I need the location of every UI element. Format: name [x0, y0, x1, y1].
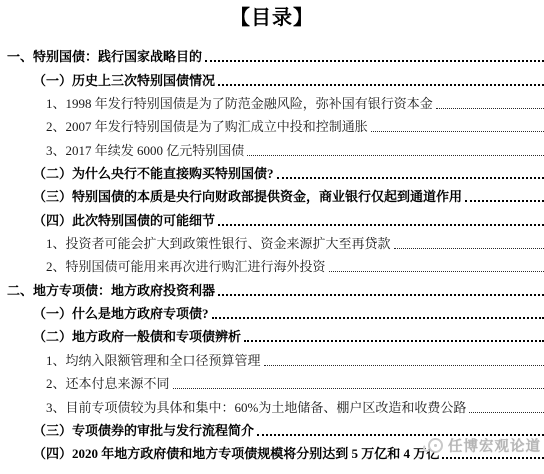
toc-entry-text: 1、均纳入限额管理和全口径预算管理: [46, 352, 261, 369]
toc-entry[interactable]: 3、目前专项债较为具体和集中：60%为土地储备、棚户区改造和收费公路: [0, 395, 544, 418]
toc-entry[interactable]: 一、特别国债：践行国家战略目的: [0, 45, 544, 68]
toc-entry-text: 3、2017 年续发 6000 亿元特别国债: [46, 142, 244, 159]
toc-entry[interactable]: （一）什么是地方政府专项债?: [0, 302, 544, 325]
toc-entry-text: （一）历史上三次特别国债情况: [33, 72, 215, 89]
toc-entry[interactable]: （二）为什么央行不能直接购买特别国债?: [0, 162, 544, 185]
toc-entry-text: （一）什么是地方政府专项债?: [33, 305, 209, 322]
toc-entry[interactable]: 2、还本付息来源不同: [0, 372, 544, 395]
toc-leader-dots: [442, 457, 544, 459]
toc-entry-text: 1、1998 年发行特别国债是为了防范金融风险，弥补国有银行资本金: [46, 95, 433, 112]
toc-leader-dots: [218, 84, 544, 86]
toc-entry-text: 2、特别国债可能用来再次进行购汇进行海外投资: [46, 258, 326, 275]
toc-entry[interactable]: （三）专项债券的审批与发行流程简介: [0, 419, 544, 442]
toc-entry[interactable]: （四）此次特别国债的可能细节: [0, 208, 544, 231]
toc-entry-text: 二、地方专项债：地方政府投资利器: [7, 282, 215, 299]
toc-entry[interactable]: 1、投资者可能会扩大到政策性银行、资金来源扩大至再贷款: [0, 232, 544, 255]
toc-entry-text: 3、目前专项债较为具体和集中：60%为土地储备、棚户区改造和收费公路: [46, 399, 466, 416]
toc-entry-text: 2、2007 年发行特别国债是为了购汇成立中投和控制通胀: [46, 118, 368, 135]
toc-leader-dots: [371, 131, 544, 132]
toc-leader-dots: [264, 365, 544, 366]
document-page: 【目录】 一、特别国债：践行国家战略目的（一）历史上三次特别国债情况1、1998…: [0, 0, 544, 474]
toc-leader-dots: [277, 177, 544, 179]
toc-entry-text: 1、投资者可能会扩大到政策性银行、资金来源扩大至再贷款: [46, 235, 391, 252]
toc-entry-text: （二）地方政府一般债和专项债辨析: [33, 328, 241, 345]
toc-entry[interactable]: 1、均纳入限额管理和全口径预算管理: [0, 348, 544, 371]
toc-leader-dots: [173, 388, 544, 389]
toc-entry[interactable]: （三）特别国债的本质是央行向财政部提供资金，商业银行仅起到通道作用: [0, 185, 544, 208]
toc-leader-dots: [218, 294, 544, 296]
toc-entry[interactable]: （一）历史上三次特别国债情况: [0, 68, 544, 91]
toc-entry[interactable]: 二、地方专项债：地方政府投资利器: [0, 278, 544, 301]
toc-leader-dots: [205, 60, 544, 62]
toc-entry[interactable]: 1、1998 年发行特别国债是为了防范金融风险，弥补国有银行资本金: [0, 92, 544, 115]
toc-entry[interactable]: 2、特别国债可能用来再次进行购汇进行海外投资: [0, 255, 544, 278]
toc-leader-dots: [247, 155, 544, 156]
toc-leader-dots: [465, 200, 544, 202]
toc-entry-text: （四）此次特别国债的可能细节: [33, 212, 215, 229]
toc-list: 一、特别国债：践行国家战略目的（一）历史上三次特别国债情况1、1998 年发行特…: [0, 45, 544, 465]
page-title: 【目录】: [0, 0, 544, 45]
toc-entry[interactable]: 3、2017 年续发 6000 亿元特别国债: [0, 138, 544, 161]
toc-leader-dots: [218, 224, 544, 226]
toc-entry[interactable]: 2、2007 年发行特别国债是为了购汇成立中投和控制通胀: [0, 115, 544, 138]
toc-entry[interactable]: （四）2020 年地方政府债和地方专项债规模将分别达到 5 万亿和 4 万亿: [0, 442, 544, 465]
toc-leader-dots: [469, 412, 544, 413]
toc-entry-text: （二）为什么央行不能直接购买特别国债?: [33, 165, 274, 182]
toc-leader-dots: [257, 434, 544, 436]
toc-entry-text: （三）专项债券的审批与发行流程简介: [33, 422, 254, 439]
toc-leader-dots: [394, 248, 544, 249]
toc-leader-dots: [212, 317, 544, 319]
toc-entry-text: （三）特别国债的本质是央行向财政部提供资金，商业银行仅起到通道作用: [33, 188, 462, 205]
toc-leader-dots: [329, 271, 544, 272]
toc-entry-text: 一、特别国债：践行国家战略目的: [7, 48, 202, 65]
toc-leader-dots: [436, 108, 544, 109]
toc-entry-text: （四）2020 年地方政府债和地方专项债规模将分别达到 5 万亿和 4 万亿: [33, 445, 439, 462]
toc-leader-dots: [244, 340, 544, 342]
toc-entry[interactable]: （二）地方政府一般债和专项债辨析: [0, 325, 544, 348]
toc-entry-text: 2、还本付息来源不同: [46, 375, 170, 392]
